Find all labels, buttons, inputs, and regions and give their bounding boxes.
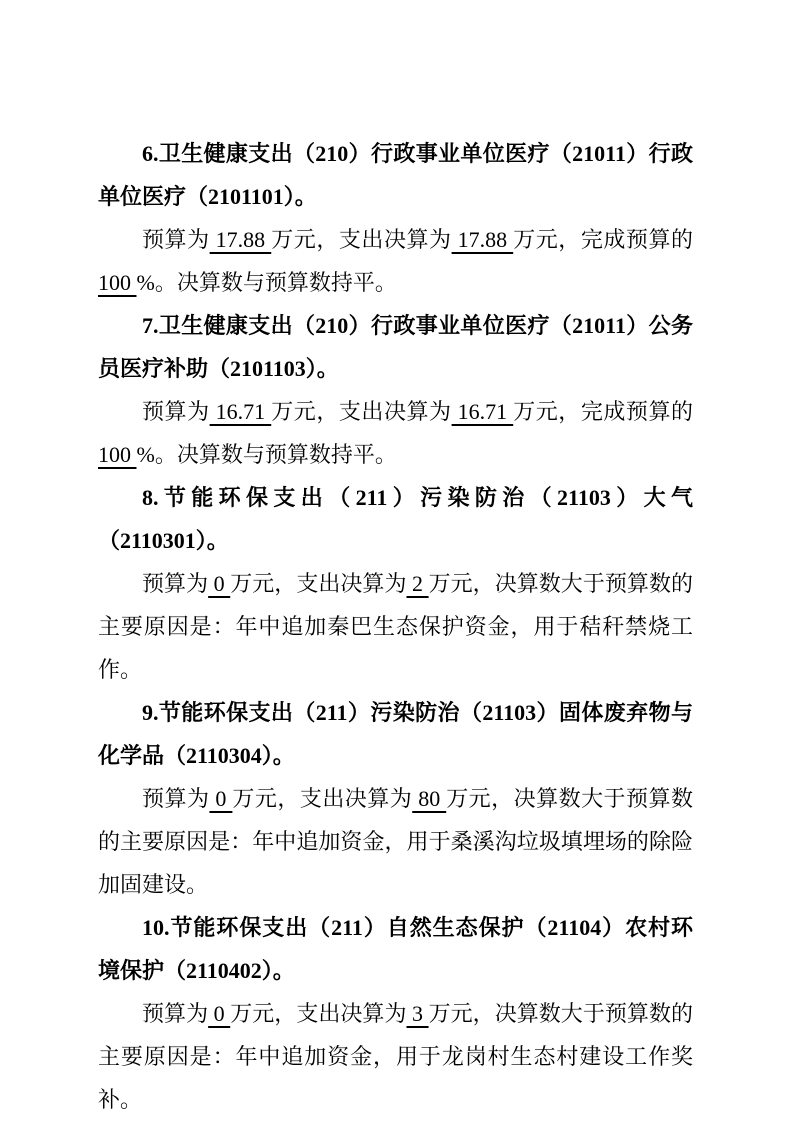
- section-heading: 7.卫生健康支出（210）行政事业单位医疗（21011）公务员医疗补助（2101…: [98, 304, 693, 390]
- text-segment: 万元，完成预算的: [513, 399, 693, 424]
- section-paragraph: 预算为 17.88 万元，支出决算为 17.88 万元，完成预算的100 %。决…: [98, 218, 693, 304]
- text-segment: %。决算数与预算数持平。: [137, 442, 397, 467]
- text-segment: 万元，支出决算为: [271, 227, 451, 252]
- section-paragraph: 预算为 0 万元，支出决算为 80 万元，决算数大于预算数的主要原因是：年中追加…: [98, 777, 693, 906]
- underlined-value: 2: [407, 571, 429, 596]
- section-paragraph: 预算为 16.71 万元，支出决算为 16.71 万元，完成预算的100 %。决…: [98, 390, 693, 476]
- underlined-value: 0: [208, 1001, 230, 1026]
- underlined-value: 16.71: [210, 399, 272, 424]
- text-segment: 万元，支出决算为: [230, 1001, 406, 1026]
- underlined-value: 17.88: [452, 227, 514, 252]
- section-heading: 9.节能环保支出（211）污染防治（21103）固体废弃物与化学品（211030…: [98, 691, 693, 777]
- text-segment: 万元，支出决算为: [230, 571, 406, 596]
- underlined-value: 0: [209, 786, 232, 811]
- section-paragraph: 预算为 0 万元，支出决算为 2 万元，决算数大于预算数的主要原因是：年中追加秦…: [98, 562, 693, 691]
- underlined-value: 80: [412, 786, 446, 811]
- underlined-value: 17.88: [210, 227, 272, 252]
- text-segment: 预算为: [142, 786, 209, 811]
- section-heading: 10.节能环保支出（211）自然生态保护（21104）农村环境保护（211040…: [98, 906, 693, 992]
- underlined-value: 0: [208, 571, 230, 596]
- section-heading: 8.节能环保支出（211）污染防治（21103）大气（2110301）。: [98, 476, 693, 562]
- text-segment: 预算为: [142, 1001, 208, 1026]
- section-paragraph: 预算为 0 万元，支出决算为 3 万元，决算数大于预算数的主要原因是：年中追加资…: [98, 992, 693, 1121]
- document-content: 6.卫生健康支出（210）行政事业单位医疗（21011）行政单位医疗（21011…: [98, 132, 693, 1121]
- underlined-value: 3: [407, 1001, 429, 1026]
- section-heading: 6.卫生健康支出（210）行政事业单位医疗（21011）行政单位医疗（21011…: [98, 132, 693, 218]
- text-segment: 万元，完成预算的: [513, 227, 693, 252]
- text-segment: 预算为: [142, 399, 210, 424]
- underlined-value: 100: [98, 270, 137, 295]
- text-segment: 万元，支出决算为: [271, 399, 451, 424]
- text-segment: %。决算数与预算数持平。: [137, 270, 397, 295]
- text-segment: 万元，支出决算为: [232, 786, 412, 811]
- text-segment: 预算为: [142, 571, 208, 596]
- document-page: 6.卫生健康支出（210）行政事业单位医疗（21011）行政单位医疗（21011…: [0, 0, 793, 1122]
- underlined-value: 100: [98, 442, 137, 467]
- text-segment: 预算为: [142, 227, 210, 252]
- underlined-value: 16.71: [452, 399, 514, 424]
